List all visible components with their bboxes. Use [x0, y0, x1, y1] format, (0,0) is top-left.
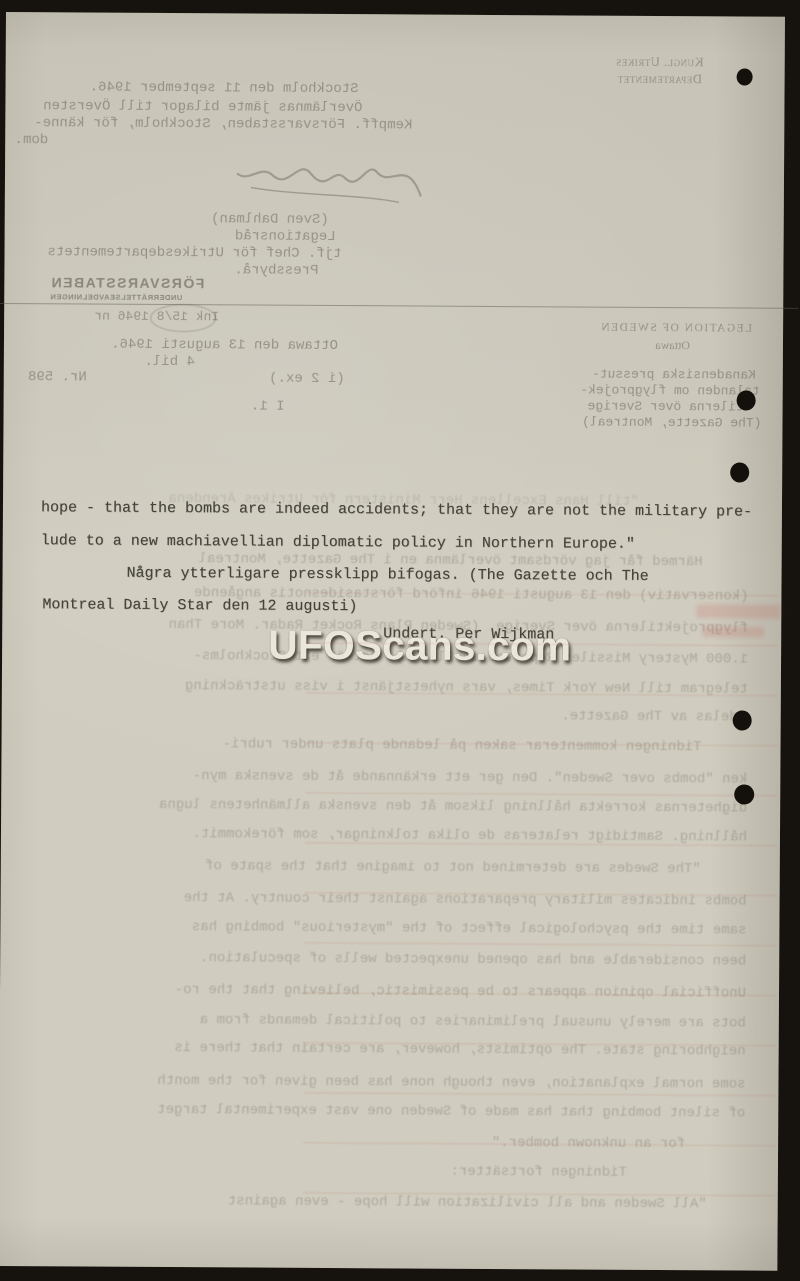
bleed-signatory-line: (Sven Dahlman): [211, 212, 329, 228]
bleed-body-line: some normal explanation, even though non…: [157, 1074, 745, 1093]
bleedthrough-stamp: FÖRSVARSSTABEN UNDERRÄTTELSEAVDELNINGEN: [28, 272, 210, 307]
bleedthrough-signatory: (Sven Dahlman) Legationsråd tjf. Chef fö…: [83, 205, 343, 277]
bleed-forwarding-line: Kempff. Försvarsstaben, Stockholm, för k…: [34, 116, 412, 134]
bleed-subject-line: talanden om flygprojek-: [580, 384, 760, 399]
bleed-body-line: delas av The Gazette.: [561, 709, 738, 725]
punch-hole: [734, 784, 754, 804]
bleed-body-line: same time the psychological effect of th…: [192, 920, 747, 939]
bleed-subject-line: tilerna över Sverige: [588, 400, 744, 415]
bleed-letterhead-line: Departementet: [598, 73, 722, 88]
registry-number-oval: [150, 304, 216, 332]
scanned-document-page: { "scan": { "background_color": "#16130e…: [0, 0, 800, 1281]
bleed-body-line: been considerable and has opened unexpec…: [200, 951, 746, 970]
bleed-body-line: Tidningen kommenterar saken på ledande p…: [223, 737, 702, 755]
punch-hole: [737, 68, 753, 85]
page-content: Kungl. Utrikes Departementet Stockholm d…: [0, 0, 800, 1281]
red-stamp-bleedthrough: [702, 626, 764, 637]
bleed-legation-city: Ottawa: [655, 339, 690, 352]
bleed-body-line: bots are merely unusual preliminaries to…: [200, 1013, 746, 1032]
bleed-body-line: of silent bombing that has made of Swede…: [157, 1103, 745, 1122]
bleed-ref-number: Nr. 598: [28, 370, 87, 386]
bleed-forwarding-line: Stockholm den 11 september 1946.: [90, 81, 359, 98]
red-stamp-bleedthrough: [696, 604, 780, 619]
bleed-forwarding-line: Överlämnas jämte bilagor till Översten: [43, 99, 362, 116]
bleed-body-line: "The Swedes are determined not to imagin…: [205, 859, 701, 877]
punch-hole: [730, 462, 749, 482]
watermark-text: UFOScans.com: [268, 622, 571, 671]
bleedthrough-forwarding-note: Stockholm den 11 september 1946. Överläm…: [24, 72, 414, 149]
bleed-body-line: digheternas korrekta hållning liksom åt …: [159, 798, 747, 817]
bleed-letterhead-line: Kungl. Utrikes: [598, 56, 722, 71]
bleed-dateline: Ottawa den 13 augusti 1946.: [111, 338, 338, 355]
front-paragraph-line: hope - that the bombs are indeed acciden…: [41, 500, 752, 521]
bleed-signatory-line: tjf. Chef för Utrikesdepartementets: [47, 245, 341, 262]
bleedthrough-letterhead: Kungl. Utrikes Departementet: [598, 54, 722, 95]
punch-hole: [737, 390, 756, 410]
bleed-legation-name: LEGATION OF SWEDEN: [600, 322, 752, 336]
bleed-forwarding-line: dom.: [15, 133, 49, 149]
bleed-signatory-line: Pressbyrå.: [234, 263, 318, 279]
bleed-subject-line: (The Gazette, Montreal): [582, 416, 762, 431]
bleed-body-line: ken "bombs over Sweden". Den ger ett erk…: [193, 769, 748, 788]
bleed-subject-line: Kanadensiska pressut-: [592, 368, 756, 383]
punch-hole: [733, 710, 752, 730]
bleed-body-line: "All Sweden and all civilization will ho…: [228, 1194, 707, 1212]
bleed-body-line: Härmed får jag vördsamt överlämna en i T…: [199, 552, 703, 570]
paper-sheet: Kungl. Utrikes Departementet Stockholm d…: [0, 12, 785, 1271]
signature-ink: [229, 143, 429, 210]
bleed-enclosures: 4 bil.: [144, 355, 195, 371]
bleedthrough-dateline-group: Ottawa den 13 augusti 1946. 4 bil. Nr. 5…: [23, 334, 350, 416]
bleed-stamp-line: FÖRSVARSSTABEN: [50, 274, 204, 291]
bleed-signatory-line: Legationsråd: [235, 229, 336, 245]
bleed-copies: (i 2 ex.): [269, 372, 345, 388]
bleed-body-line: Tidningen fortsätter:: [450, 1165, 627, 1181]
bleed-file-mark: I 1.: [251, 400, 285, 416]
bleedthrough-legation: LEGATION OF SWEDEN Ottawa Kanadensiska p…: [554, 319, 776, 440]
bleed-stamp-line: UNDERRÄTTELSEAVDELNINGEN: [50, 292, 182, 302]
